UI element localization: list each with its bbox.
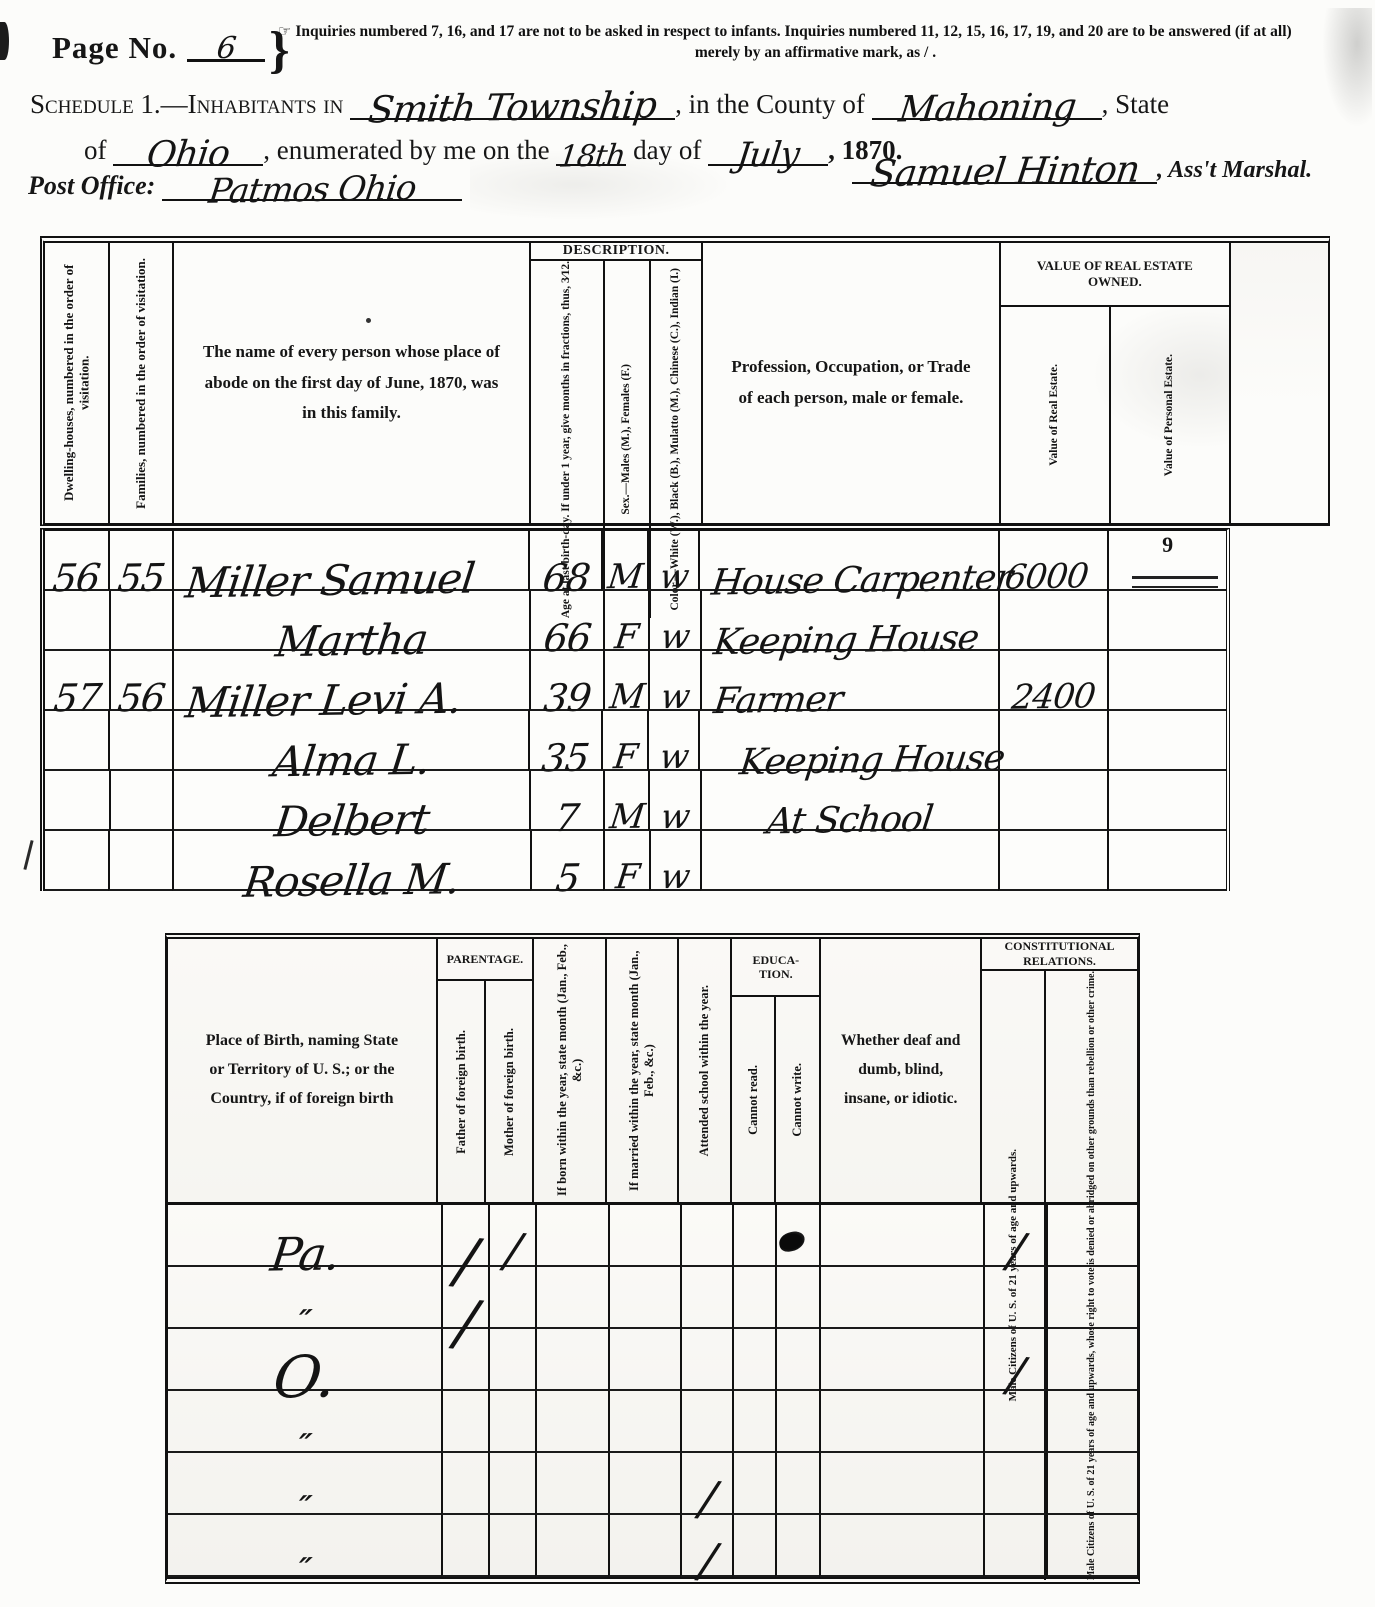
cell-attended-school — [680, 1205, 733, 1267]
school-mark: / — [697, 1539, 717, 1584]
cell-born-month — [535, 1515, 609, 1577]
inquiries-note-line2: merely by an affirmative mark, as / . — [278, 43, 1353, 63]
inquiries-note-line1-text: Inquiries numbered 7, 16, and 17 are not… — [295, 23, 1291, 40]
cell-color: w — [649, 831, 701, 891]
col-header-personal-estate: Value of Personal Estate. — [1109, 307, 1229, 523]
birthplace-table-body: Pa. / / / ″ / — [165, 1205, 1140, 1584]
cell-married-month — [608, 1515, 680, 1577]
signature-field: Samuel Hinton — [852, 148, 1157, 184]
cell-born-month — [535, 1329, 609, 1391]
name-value: Miller Samuel — [183, 560, 476, 603]
inhabitants-table-header: Dwelling-houses, numbered in the order o… — [40, 236, 1330, 526]
cell-color: w — [648, 591, 700, 651]
sex-value: F — [613, 622, 639, 653]
col-header-occupation-text: Profession, Occupation, or Trade of each… — [729, 352, 973, 413]
cell-deaf-dumb — [819, 1515, 983, 1577]
color-value: w — [660, 862, 692, 893]
cell-birthplace: ″ — [168, 1515, 441, 1577]
cell-age: 39 — [529, 651, 602, 711]
cell-sex: M — [603, 771, 649, 831]
cell-dwelling: 57 — [45, 651, 109, 711]
cell-name: Miller Samuel — [172, 531, 528, 591]
description-band: Description. — [531, 243, 701, 261]
col-header-cannot-read-text: Cannot read. — [746, 1065, 761, 1135]
cell-personal-estate — [1107, 771, 1226, 831]
cell-dwelling — [45, 591, 109, 651]
cell-age: 35 — [528, 711, 601, 771]
state-label: , State — [1102, 89, 1170, 120]
cell-mother-foreign: / — [488, 1205, 535, 1267]
parentage-band: Parentage. — [438, 939, 532, 981]
cell-dwelling — [45, 711, 108, 771]
cell-mother-foreign — [488, 1391, 535, 1453]
col-header-cannot-write: Cannot write. — [774, 997, 819, 1202]
census-document-page: Page No. 6 } ☞ Inquiries numbered 7, 16,… — [0, 0, 1375, 1607]
cell-birthplace: ″ — [168, 1267, 441, 1329]
education-subcolumns: Cannot read. Cannot write. — [732, 997, 819, 1202]
occupation-value: Farmer — [712, 683, 844, 718]
cell-cannot-read — [732, 1515, 775, 1577]
inhabitants-table-body: 56 55 Miller Samuel 68 M w House Carpent… — [40, 528, 1230, 891]
cell-cannot-read — [732, 1205, 775, 1267]
table-row: 57 56 Miller Levi A. 39 M w Farmer 2400 — [45, 651, 1226, 711]
col-header-father-foreign-text: Father of foreign birth. — [454, 1030, 469, 1154]
cell-cannot-read — [732, 1453, 775, 1515]
name-value: Martha — [274, 621, 430, 661]
sex-value: M — [606, 562, 644, 593]
cell-family: 56 — [109, 651, 173, 711]
cell-real-estate — [998, 831, 1107, 891]
cell-birthplace: ″ — [168, 1453, 441, 1515]
cell-color: w — [647, 531, 698, 591]
page-no-label: Page No. — [52, 30, 177, 66]
schedule-title-line: Schedule 1.—Inhabitants in Smith Townshi… — [30, 84, 1360, 120]
cell-male-citizen-denied — [1046, 1453, 1137, 1515]
color-value: w — [658, 562, 690, 593]
cell-attended-school — [680, 1267, 733, 1329]
sex-value: F — [614, 862, 640, 893]
cell-cannot-write — [775, 1267, 819, 1329]
stray-pen-mark — [23, 840, 33, 870]
col-header-occupation: Profession, Occupation, or Trade of each… — [701, 243, 999, 523]
marshal-signature-line: Samuel Hinton , Ass't Marshal. — [852, 148, 1312, 184]
cell-cannot-write — [775, 1453, 819, 1515]
cell-age: 7 — [529, 771, 602, 831]
cell-personal-estate — [1107, 831, 1226, 891]
cell-married-month — [608, 1267, 680, 1329]
of-label: of — [84, 135, 113, 166]
cell-mother-foreign — [488, 1453, 535, 1515]
col-header-cannot-write-text: Cannot write. — [790, 1063, 805, 1137]
occupation-value: At School — [765, 803, 935, 838]
col-header-families: Families, numbered in the order of visit… — [108, 243, 171, 523]
cell-father-foreign — [441, 1329, 488, 1391]
cell-attended-school — [680, 1329, 733, 1391]
cell-father-foreign: / — [441, 1205, 488, 1267]
col-header-deaf-dumb: Whether deaf and dumb, blind, insane, or… — [819, 939, 980, 1202]
post-office-value: Patmos Ohio — [207, 173, 418, 207]
name-value: Rosella M. — [241, 860, 461, 902]
cell-real-estate — [998, 711, 1107, 771]
signature-value: Samuel Hinton — [868, 153, 1140, 191]
col-header-name-text: The name of every person whose place of … — [200, 337, 503, 429]
county-label: , in the County of — [675, 89, 872, 120]
color-value: w — [659, 682, 691, 713]
col-header-mother-foreign-text: Mother of foreign birth. — [502, 1028, 517, 1156]
col-group-constitutional: Constitutional Relations. Male Citizens … — [980, 939, 1137, 1202]
col-header-born-within-year-text: If born within the year, state month (Ja… — [555, 939, 585, 1202]
col-header-real-estate: Value of Real Estate. — [1001, 307, 1109, 523]
cell-male-citizen: / — [983, 1205, 1046, 1267]
cell-born-month — [535, 1267, 609, 1329]
sex-value: F — [612, 742, 638, 773]
cell-dwelling — [45, 771, 109, 831]
name-value: Delbert — [272, 801, 431, 841]
birthplace-table-header: Place of Birth, naming State or Territor… — [165, 933, 1140, 1205]
township-value: Smith Township — [367, 89, 658, 127]
cell-cannot-write — [775, 1329, 819, 1391]
cell-male-citizen: / — [983, 1329, 1046, 1391]
cell-real-estate: 2400 — [998, 651, 1107, 711]
cell-birthplace: Pa. — [168, 1205, 441, 1267]
cell-cannot-read — [732, 1329, 775, 1391]
day-of-label: day of — [626, 135, 708, 166]
cell-male-citizen-denied — [1046, 1391, 1137, 1453]
birthplace-table: Place of Birth, naming State or Territor… — [165, 933, 1140, 1584]
day-value: 18th — [557, 143, 626, 171]
cell-male-citizen — [983, 1515, 1046, 1577]
inquiries-note-line1: ☞ Inquiries numbered 7, 16, and 17 are n… — [278, 22, 1353, 42]
col-header-married-within-year: If married within the year, state month … — [605, 939, 677, 1202]
inquiries-note: ☞ Inquiries numbered 7, 16, and 17 are n… — [278, 22, 1353, 63]
table-row: ″ / — [168, 1515, 1137, 1577]
col-group-value: Value of Real Estate Owned. Value of Rea… — [999, 243, 1229, 523]
cell-male-citizen — [983, 1453, 1046, 1515]
col-header-birthplace-text: Place of Birth, naming State or Territor… — [198, 1027, 406, 1113]
cell-personal-estate — [1107, 711, 1226, 771]
table-row: 56 55 Miller Samuel 68 M w House Carpent… — [45, 531, 1226, 591]
cell-deaf-dumb — [819, 1329, 983, 1391]
col-group-description: Description. Age at last birth-day. If u… — [529, 243, 701, 523]
cell-deaf-dumb — [819, 1453, 983, 1515]
cell-mother-foreign — [488, 1515, 535, 1577]
table-row: ″ — [168, 1391, 1137, 1453]
state-name-field: Ohio — [113, 132, 263, 166]
sex-value: M — [608, 802, 646, 833]
cell-cannot-read — [732, 1267, 775, 1329]
cell-family: 55 — [108, 531, 171, 591]
schedule-date-line: of Ohio , enumerated by me on the 18th d… — [84, 132, 902, 166]
cell-deaf-dumb — [819, 1205, 983, 1267]
ink-blot — [778, 1230, 807, 1254]
value-subcolumns: Value of Real Estate. Value of Personal … — [1001, 307, 1229, 523]
table-row: Delbert 7 M w At School — [45, 771, 1226, 831]
cell-born-month — [535, 1391, 609, 1453]
post-office-field: Patmos Ohio — [162, 168, 462, 201]
page-number-block: Page No. 6 } — [52, 24, 290, 66]
cell-mother-foreign — [488, 1267, 535, 1329]
month-field: July — [708, 133, 828, 166]
birthplace-value: ″ — [297, 1556, 313, 1583]
cell-color: w — [647, 711, 698, 771]
cell-married-month — [608, 1329, 680, 1391]
col-header-deaf-dumb-text: Whether deaf and dumb, blind, insane, or… — [837, 1027, 964, 1113]
cell-family — [108, 711, 171, 771]
col-header-father-foreign: Father of foreign birth. — [438, 981, 484, 1202]
month-value: July — [735, 140, 801, 172]
cell-real-estate — [998, 771, 1107, 831]
sex-value: M — [608, 682, 646, 713]
col-header-attended-school-text: Attended school within the year. — [697, 985, 712, 1156]
col-header-real-estate-text: Value of Real Estate. — [1048, 364, 1062, 466]
cell-cannot-write — [775, 1205, 819, 1267]
col-header-dwelling: Dwelling-houses, numbered in the order o… — [45, 243, 108, 523]
col-header-sex-text: Sex.—Males (M.), Females (F.) — [620, 364, 634, 515]
cell-birthplace: ″ — [168, 1391, 441, 1453]
parentage-subcolumns: Father of foreign birth. Mother of forei… — [438, 981, 532, 1202]
cell-family — [109, 771, 173, 831]
col-group-education: Educa-tion. Cannot read. Cannot write. — [730, 939, 819, 1202]
page-no-value: 6 — [215, 34, 236, 61]
cell-married-month — [608, 1453, 680, 1515]
constitutional-band: Constitutional Relations. — [982, 939, 1137, 971]
cell-cannot-read — [732, 1391, 775, 1453]
real-estate-value: 2400 — [1010, 682, 1096, 714]
cell-real-estate: 6000 — [998, 531, 1107, 591]
cell-cannot-write — [775, 1391, 819, 1453]
cell-sex: M — [601, 531, 647, 591]
cell-color: w — [648, 651, 700, 711]
cell-deaf-dumb — [819, 1267, 983, 1329]
cut-off-column-stub — [1229, 243, 1328, 523]
cell-father-foreign — [441, 1453, 488, 1515]
cell-mother-foreign — [488, 1329, 535, 1391]
col-header-birthplace: Place of Birth, naming State or Territor… — [168, 939, 436, 1202]
cell-male-citizen-denied — [1046, 1205, 1137, 1267]
post-office-label: Post Office: — [28, 171, 162, 201]
cell-born-month — [535, 1453, 609, 1515]
cell-married-month — [608, 1391, 680, 1453]
occupation-value: Keeping House — [712, 622, 980, 659]
cell-birthplace: O. — [168, 1329, 441, 1391]
cell-dwelling — [45, 831, 108, 891]
cell-married-month — [608, 1205, 680, 1267]
inhabitants-table: Dwelling-houses, numbered in the order o… — [40, 236, 1330, 891]
cell-deaf-dumb — [819, 1391, 983, 1453]
cell-age: 66 — [529, 591, 602, 651]
table-row: O. / — [168, 1329, 1137, 1391]
cell-family — [108, 831, 172, 891]
cell-sex: M — [603, 651, 649, 711]
name-value: Miller Levi A. — [183, 680, 463, 723]
cell-sex: F — [603, 831, 649, 891]
cell-attended-school: / — [680, 1515, 733, 1577]
printed-column-number: 9 — [1109, 532, 1226, 558]
enumerated-label: , enumerated by me on the — [263, 135, 556, 166]
col-header-families-text: Families, numbered in the order of visit… — [133, 258, 149, 509]
col-header-dwelling-text: Dwelling-houses, numbered in the order o… — [61, 243, 92, 523]
cell-male-citizen-denied — [1046, 1329, 1137, 1391]
marshal-label: , Ass't Marshal. — [1157, 157, 1312, 184]
cell-dwelling: 56 — [45, 531, 108, 591]
schedule-label: Schedule 1.—Inhabitants in — [30, 89, 350, 120]
value-band: Value of Real Estate Owned. — [1001, 243, 1229, 307]
col-header-married-within-year-text: If married within the year, state month … — [627, 939, 657, 1202]
cell-personal-estate — [1107, 591, 1226, 651]
col-header-personal-estate-text: Value of Personal Estate. — [1163, 354, 1177, 476]
cell-family — [109, 591, 173, 651]
col-header-born-within-year: If born within the year, state month (Ja… — [532, 939, 606, 1202]
occupation-value: House Carpenter — [710, 562, 1014, 600]
cell-cannot-write — [775, 1515, 819, 1577]
col-header-name: The name of every person whose place of … — [172, 243, 529, 523]
scan-edge-smudge — [0, 22, 9, 60]
cell-age: 68 — [528, 531, 601, 591]
county-value: Mahoning — [896, 91, 1077, 126]
color-value: w — [658, 742, 690, 773]
cell-sex: F — [601, 711, 647, 771]
cell-male-citizen — [983, 1391, 1046, 1453]
cell-father-foreign — [441, 1391, 488, 1453]
color-value: w — [659, 802, 691, 833]
age-value: 7 — [553, 801, 580, 836]
cell-father-foreign: / — [441, 1267, 488, 1329]
col-header-cannot-read: Cannot read. — [732, 997, 774, 1202]
pointing-hand-icon: ☞ — [278, 22, 291, 40]
name-value: Alma L. — [270, 741, 431, 782]
cell-male-citizen — [983, 1267, 1046, 1329]
cell-male-citizen-denied — [1046, 1515, 1137, 1577]
scan-seam-line — [1132, 576, 1218, 588]
table-row: Pa. / / / — [168, 1205, 1137, 1267]
cell-sex: F — [603, 591, 649, 651]
cell-color: w — [648, 771, 700, 831]
post-office-line: Post Office: Patmos Ohio — [28, 168, 462, 201]
color-value: w — [659, 622, 691, 653]
education-band: Educa-tion. — [732, 939, 819, 997]
cell-attended-school — [680, 1391, 733, 1453]
table-row: ″ / — [168, 1267, 1137, 1329]
cell-real-estate — [998, 591, 1107, 651]
col-header-attended-school: Attended school within the year. — [677, 939, 730, 1202]
cell-father-foreign — [441, 1515, 488, 1577]
age-value: 5 — [554, 861, 581, 896]
page-no-field: 6 — [187, 31, 265, 62]
real-estate-value: 6000 — [1003, 562, 1089, 594]
day-field: 18th — [556, 136, 626, 166]
occupation-value: Keeping House — [738, 742, 1006, 779]
cell-age: 5 — [530, 831, 603, 891]
table-row: Rosella M. 5 F w — [45, 831, 1226, 891]
township-field: Smith Township — [350, 84, 675, 120]
cell-personal-estate — [1107, 651, 1226, 711]
county-field: Mahoning — [872, 86, 1102, 120]
cell-male-citizen-denied — [1046, 1267, 1137, 1329]
cell-occupation: House Carpenter — [698, 531, 998, 591]
cell-born-month — [535, 1205, 609, 1267]
table-row: ″ / — [168, 1453, 1137, 1515]
cell-attended-school: / — [680, 1453, 733, 1515]
col-group-parentage: Parentage. Father of foreign birth. Moth… — [436, 939, 532, 1202]
col-header-mother-foreign: Mother of foreign birth. — [484, 981, 532, 1202]
